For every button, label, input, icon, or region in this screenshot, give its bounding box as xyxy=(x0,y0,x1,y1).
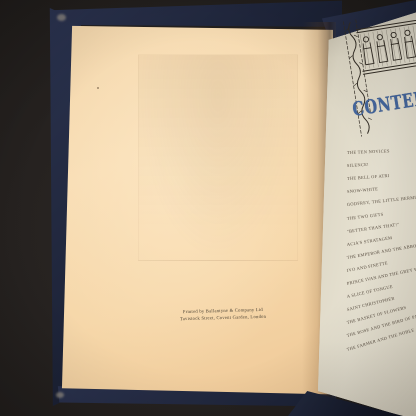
contents-item: IVO AND FINETTE xyxy=(346,260,388,274)
contents-item: GODFREY, THE LITTLE HERMIT xyxy=(347,195,416,209)
contents-item: SILENCE! xyxy=(347,162,369,169)
dust-speck xyxy=(97,87,99,89)
contents-item: THE TWO GIFTS xyxy=(347,211,384,221)
contents-list: THE TEN NOVICESSILENCE!THE BELL OF ATRIS… xyxy=(347,150,416,370)
worn-corner-bottom-left xyxy=(56,392,64,398)
contents-item: SNOW-WHITE xyxy=(347,187,379,196)
contents-item: THE TEN NOVICES xyxy=(347,148,390,156)
worn-corner-top-left xyxy=(57,14,66,21)
book-photograph: Printed by Ballantyne & Company Ltd Tavi… xyxy=(0,0,416,416)
contents-item: "BETTER THAN THAT!" xyxy=(347,221,400,234)
contents-item: THE BELL OF ATRI xyxy=(347,173,390,182)
contents-item: ACIA'S STRATAGEM xyxy=(347,235,393,248)
print-showthrough xyxy=(138,54,298,261)
